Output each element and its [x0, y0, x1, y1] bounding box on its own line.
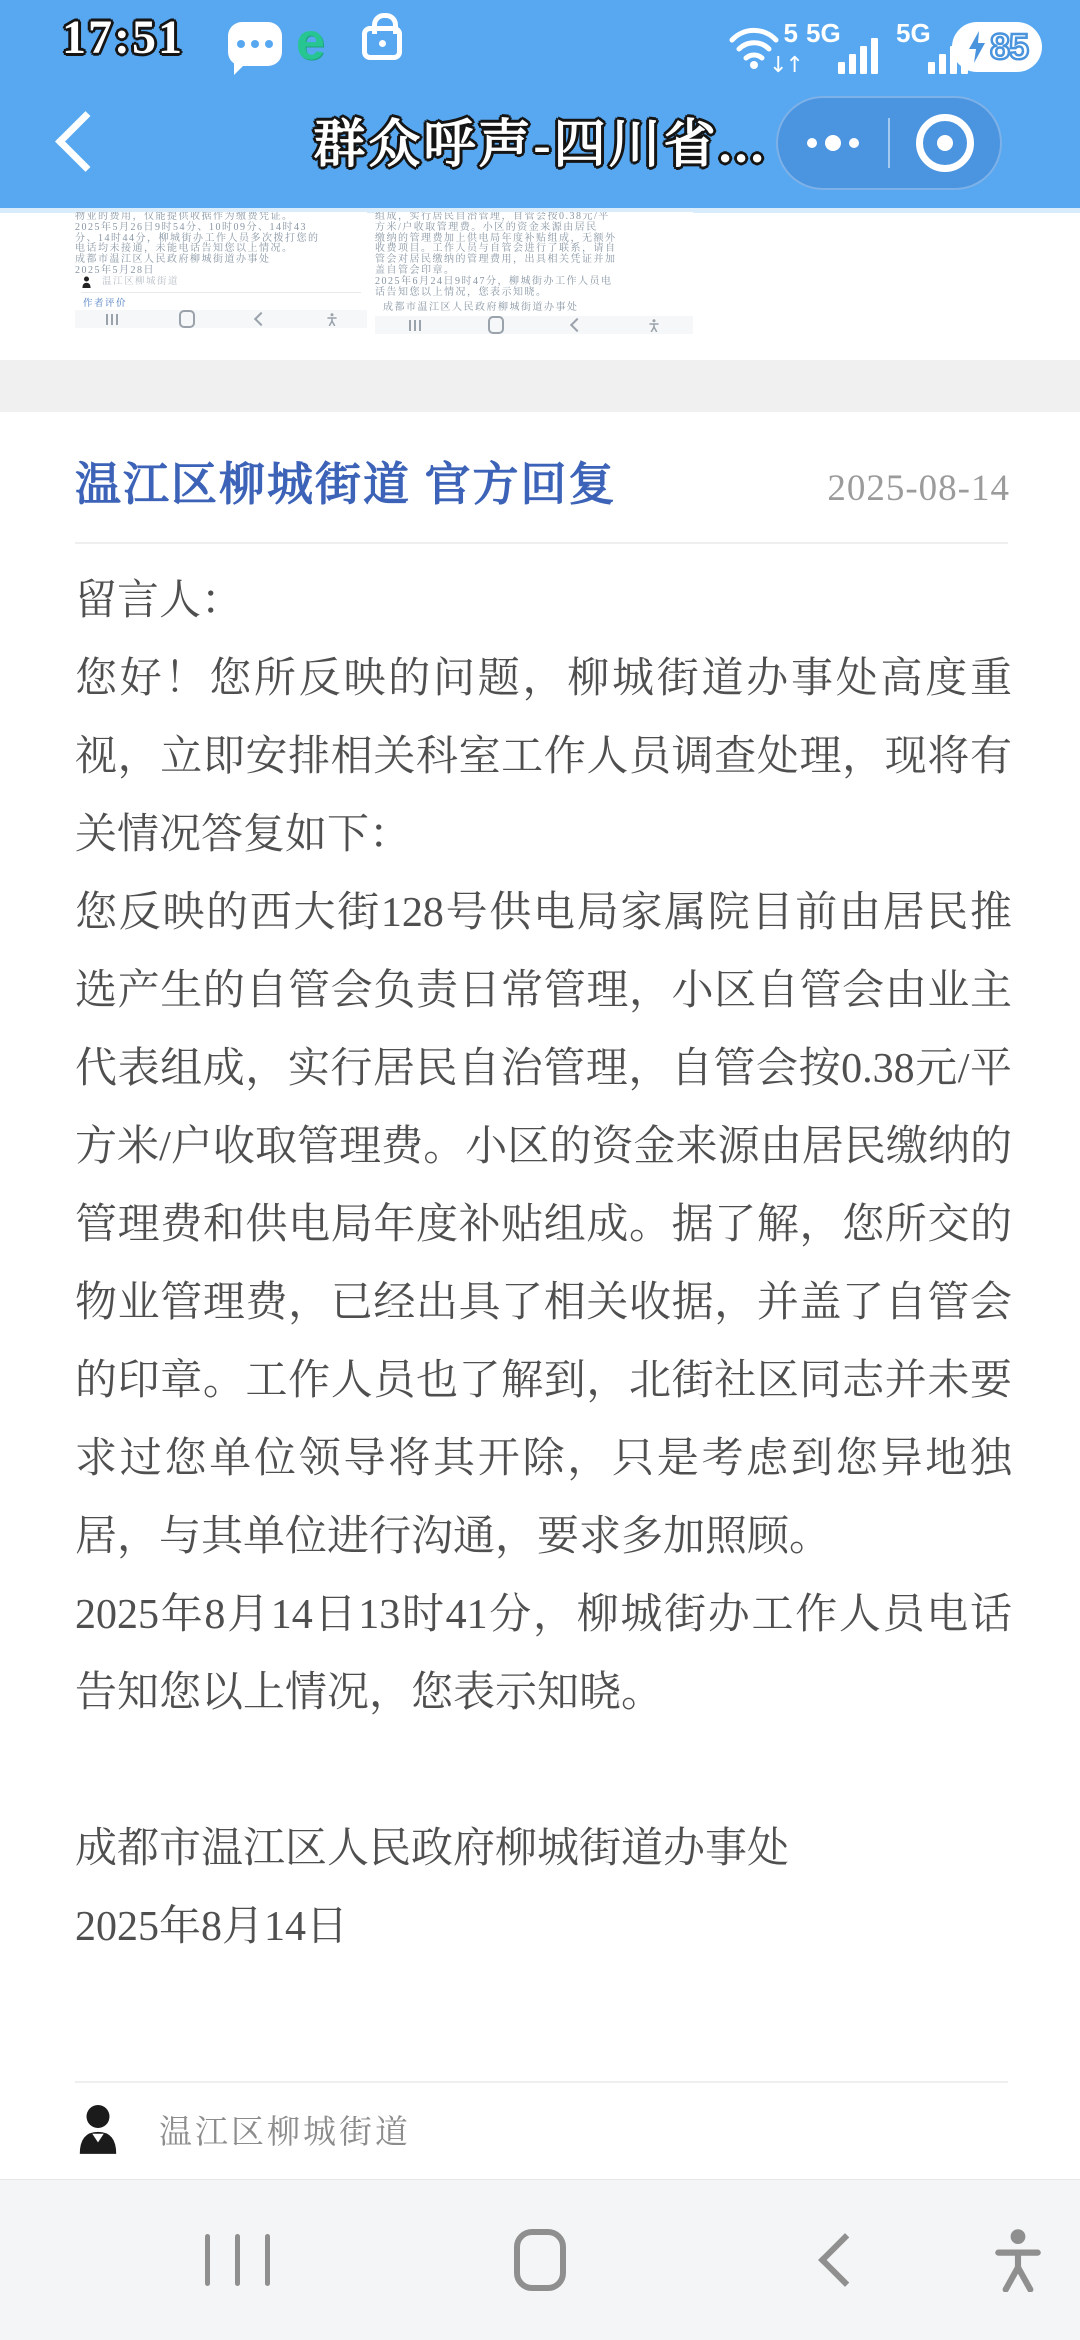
thumb2-signature: 成都市温江区人民政府柳城街道办事处	[383, 303, 579, 314]
section-separator	[0, 360, 1080, 412]
close-miniprogram-button[interactable]	[890, 98, 1000, 188]
thumb2-line: 方米/户收取管理费。小区的资金来源由居民	[375, 223, 693, 234]
accessibility-button[interactable]	[985, 2180, 1051, 2340]
lock-icon	[362, 26, 402, 60]
reply-body: 留言人： 您好！您所反映的问题，柳城街道办事处高度重视，立即安排相关科室工作人员…	[0, 544, 1080, 1966]
home-button[interactable]	[505, 2180, 575, 2340]
wifi-gen-badge: 5	[784, 18, 798, 49]
wifi-traffic-arrows: ↓↑	[769, 53, 802, 78]
home-icon	[179, 310, 195, 328]
reply-title: 温江区柳城街道 官方回复	[75, 448, 617, 514]
thumb1-line: 2025年5月26日9时54分、10时09分、14时43	[75, 223, 367, 234]
thumb2-line: 2025年6月24日9时47分，柳城街办工作人员电	[375, 277, 693, 288]
author-row: 温江区柳城街道	[75, 2104, 411, 2154]
avatar-icon	[75, 2104, 121, 2154]
reply-paragraph: 留言人：	[75, 562, 1012, 640]
attachment-image-2[interactable]: 组成，实行居民自治管理，自管会按0.38元/平 方米/户收取管理费。小区的资金来…	[375, 212, 693, 360]
author-name: 温江区柳城街道	[159, 2106, 411, 2153]
accessibility-icon	[649, 319, 659, 332]
system-navbar	[0, 2179, 1080, 2340]
browser-e-icon: e	[296, 12, 325, 72]
recents-icon	[409, 320, 421, 331]
message-bubble-icon	[228, 22, 282, 66]
thumb1-author-name: 温江区柳城街道	[102, 277, 179, 288]
clock: 17:51	[62, 10, 184, 65]
home-icon	[488, 316, 504, 334]
reply-paragraph: 2025年8月14日13时41分，柳城街办工作人员电话告知您以上情况，您表示知晓…	[75, 1576, 1012, 1732]
thumb1-divider	[81, 292, 361, 293]
thumb1-author-row: 温江区柳城街道	[81, 276, 179, 288]
battery-percent: 85	[990, 26, 1028, 68]
signature-date: 2025年8月14日	[75, 1888, 1012, 1966]
charging-bolt-icon	[966, 30, 988, 64]
recents-button[interactable]	[190, 2180, 284, 2340]
screen: 17:51 e 5 ↓↑ 5G 5G 85	[0, 0, 1080, 2340]
reply-date: 2025-08-14	[827, 467, 1010, 510]
thumb1-author-rating-link[interactable]: 作者评价	[83, 299, 127, 310]
signature-org: 成都市温江区人民政府柳城街道办事处	[75, 1810, 1012, 1888]
thumb2-line: 话告知您以上情况，您表示知晓。	[375, 288, 693, 299]
wifi-icon: 5 ↓↑	[728, 22, 792, 74]
back-button[interactable]	[815, 2180, 875, 2340]
reply-paragraph: 您反映的西大街128号供电局家属院目前由居民推选产生的自管会负责日常管理，小区自…	[75, 874, 1012, 1576]
target-circle-icon	[916, 114, 974, 172]
official-reply-card: 温江区柳城街道 官方回复 2025-08-14 留言人： 您好！您所反映的问题，…	[0, 412, 1080, 2180]
back-icon	[253, 312, 267, 326]
signal-sim1-icon: 5G	[806, 20, 878, 76]
battery-indicator: 85	[952, 22, 1042, 72]
accessibility-icon	[327, 313, 337, 326]
more-menu-button[interactable]	[778, 98, 888, 188]
avatar-icon	[81, 276, 92, 288]
reply-paragraph: 您好！您所反映的问题，柳城街道办事处高度重视，立即安排相关科室工作人员调查处理，…	[75, 640, 1012, 874]
miniprogram-capsule	[776, 96, 1002, 190]
recents-icon	[106, 314, 118, 325]
back-icon	[570, 318, 584, 332]
miniprogram-navbar: 群众呼声-四川省...	[0, 80, 1080, 208]
thumb1-system-navbar	[75, 310, 367, 328]
status-and-nav-bar: 17:51 e 5 ↓↑ 5G 5G 85	[0, 0, 1080, 208]
reply-header: 温江区柳城街道 官方回复 2025-08-14	[0, 412, 1080, 514]
footer-divider	[75, 2081, 1008, 2083]
attachment-image-1[interactable]: 物业的费用，仅能提供收据作为缴费凭证。 2025年5月26日9时54分、10时0…	[75, 212, 367, 360]
accessibility-icon	[992, 2228, 1044, 2292]
thumb2-system-navbar	[375, 316, 693, 334]
